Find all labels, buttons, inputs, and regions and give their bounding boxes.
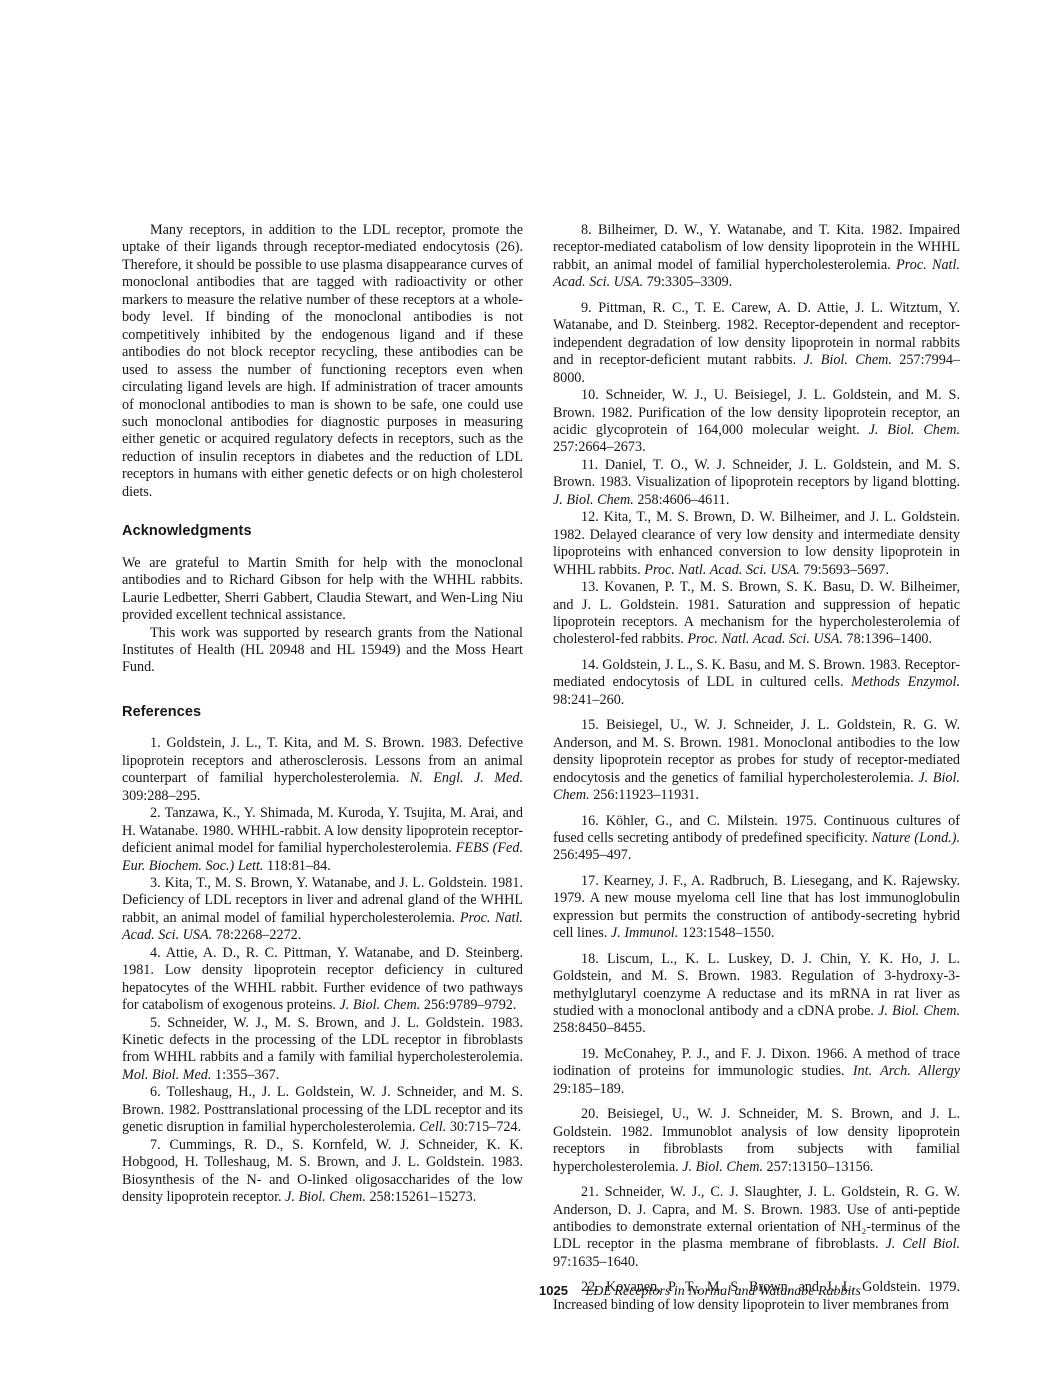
acknowledgments-paragraph-1: We are grateful to Martin Smith for help…: [122, 555, 523, 625]
reference-item: 14. Goldstein, J. L., S. K. Basu, and M.…: [553, 657, 960, 709]
reference-citation: 123:1548–1550.: [678, 925, 774, 941]
reference-citation: 256:495–497.: [553, 847, 631, 863]
acknowledgments-heading: Acknowledgments: [122, 523, 523, 540]
reference-journal: Proc. Natl. Acad. Sci. USA.: [644, 562, 800, 578]
reference-citation: 257:2664–2673.: [553, 439, 646, 455]
reference-journal: J. Biol. Chem.: [285, 1189, 366, 1205]
reference-citation: 258:4606–4611.: [634, 492, 730, 508]
reference-citation: 309:288–295.: [122, 788, 200, 804]
reference-journal: Cell.: [419, 1119, 446, 1135]
reference-item: 9. Pittman, R. C., T. E. Carew, A. D. At…: [553, 300, 960, 387]
reference-item: 3. Kita, T., M. S. Brown, Y. Watanabe, a…: [122, 875, 523, 945]
page-number: 1025: [539, 1283, 568, 1298]
reference-item: 10. Schneider, W. J., U. Beisiegel, J. L…: [553, 387, 960, 457]
reference-citation: 118:81–84.: [263, 858, 330, 874]
reference-item: 20. Beisiegel, U., W. J. Schneider, M. S…: [553, 1106, 960, 1176]
page-footer: 1025 LDL Receptors in Normal and Watanab…: [539, 1283, 861, 1300]
reference-item: 1. Goldstein, J. L., T. Kita, and M. S. …: [122, 735, 523, 805]
reference-journal: J. Immunol.: [611, 925, 678, 941]
reference-journal: N. Engl. J. Med.: [410, 770, 523, 786]
reference-citation: 256:9789–9792.: [420, 997, 516, 1013]
left-column: Many receptors, in addition to the LDL r…: [122, 222, 523, 1207]
reference-journal: Mol. Biol. Med.: [122, 1067, 211, 1083]
reference-journal: J. Cell Biol.: [886, 1236, 961, 1252]
reference-item: 4. Attie, A. D., R. C. Pittman, Y. Watan…: [122, 945, 523, 1015]
reference-item: 16. Köhler, G., and C. Milstein. 1975. C…: [553, 813, 960, 865]
reference-item: 13. Kovanen, P. T., M. S. Brown, S. K. B…: [553, 579, 960, 649]
reference-citation: 97:1635–1640.: [553, 1254, 639, 1270]
acknowledgments-paragraph-2: This work was supported by research gran…: [122, 625, 523, 677]
reference-citation: 258:15261–15273.: [366, 1189, 476, 1205]
reference-citation: 79:3305–3309.: [643, 274, 732, 290]
reference-citation: 1:355–367.: [211, 1067, 279, 1083]
reference-citation: 257:13150–13156.: [763, 1159, 873, 1175]
reference-journal: J. Biol. Chem.: [869, 422, 960, 438]
reference-journal: J. Biol. Chem.: [878, 1003, 960, 1019]
references-heading: References: [122, 704, 523, 721]
reference-journal: Int. Arch. Allergy: [853, 1063, 960, 1079]
reference-journal: J. Biol. Chem.: [682, 1159, 763, 1175]
reference-citation: 78:1396–1400.: [843, 631, 932, 647]
reference-item: 12. Kita, T., M. S. Brown, D. W. Bilheim…: [553, 509, 960, 579]
reference-item: 15. Beisiegel, U., W. J. Schneider, J. L…: [553, 717, 960, 804]
reference-citation: 98:241–260.: [553, 692, 624, 708]
reference-item: 11. Daniel, T. O., W. J. Schneider, J. L…: [553, 457, 960, 509]
running-title: LDL Receptors in Normal and Watanabe Rab…: [585, 1284, 860, 1299]
reference-journal: J. Biol. Chem.: [340, 997, 421, 1013]
reference-item: 7. Cummings, R. D., S. Kornfeld, W. J. S…: [122, 1137, 523, 1207]
reference-journal: J. Biol. Chem.: [553, 492, 634, 508]
reference-item: 6. Tolleshaug, H., J. L. Goldstein, W. J…: [122, 1084, 523, 1136]
reference-item: 5. Schneider, W. J., M. S. Brown, and J.…: [122, 1015, 523, 1085]
reference-citation: 29:185–189.: [553, 1081, 624, 1097]
reference-journal: J. Biol. Chem.: [804, 352, 892, 368]
reference-list-right: 8. Bilheimer, D. W., Y. Watanabe, and T.…: [553, 222, 960, 1314]
reference-item: 21. Schneider, W. J., C. J. Slaughter, J…: [553, 1184, 960, 1271]
right-column: 8. Bilheimer, D. W., Y. Watanabe, and T.…: [553, 222, 960, 1314]
reference-item: 18. Liscum, L., K. L. Luskey, D. J. Chin…: [553, 951, 960, 1038]
reference-journal: Methods Enzymol.: [851, 674, 960, 690]
reference-text: 11. Daniel, T. O., W. J. Schneider, J. L…: [553, 457, 960, 490]
reference-journal: Nature (Lond.).: [872, 830, 960, 846]
reference-citation: 78:2268–2272.: [212, 927, 301, 943]
reference-citation: 79:5693–5697.: [800, 562, 889, 578]
reference-item: 19. McConahey, P. J., and F. J. Dixon. 1…: [553, 1046, 960, 1098]
reference-journal: Proc. Natl. Acad. Sci. USA.: [687, 631, 843, 647]
reference-item: 17. Kearney, J. F., A. Radbruch, B. Lies…: [553, 873, 960, 943]
reference-list-left: 1. Goldstein, J. L., T. Kita, and M. S. …: [122, 735, 523, 1206]
reference-citation: 258:8450–8455.: [553, 1020, 646, 1036]
reference-citation: 30:715–724.: [446, 1119, 521, 1135]
reference-text: 5. Schneider, W. J., M. S. Brown, and J.…: [122, 1015, 523, 1066]
body-paragraph: Many receptors, in addition to the LDL r…: [122, 222, 523, 501]
reference-item: 2. Tanzawa, K., Y. Shimada, M. Kuroda, Y…: [122, 805, 523, 875]
reference-text: 15. Beisiegel, U., W. J. Schneider, J. L…: [553, 717, 960, 785]
reference-item: 8. Bilheimer, D. W., Y. Watanabe, and T.…: [553, 222, 960, 292]
reference-citation: 256:11923–11931.: [590, 787, 699, 803]
